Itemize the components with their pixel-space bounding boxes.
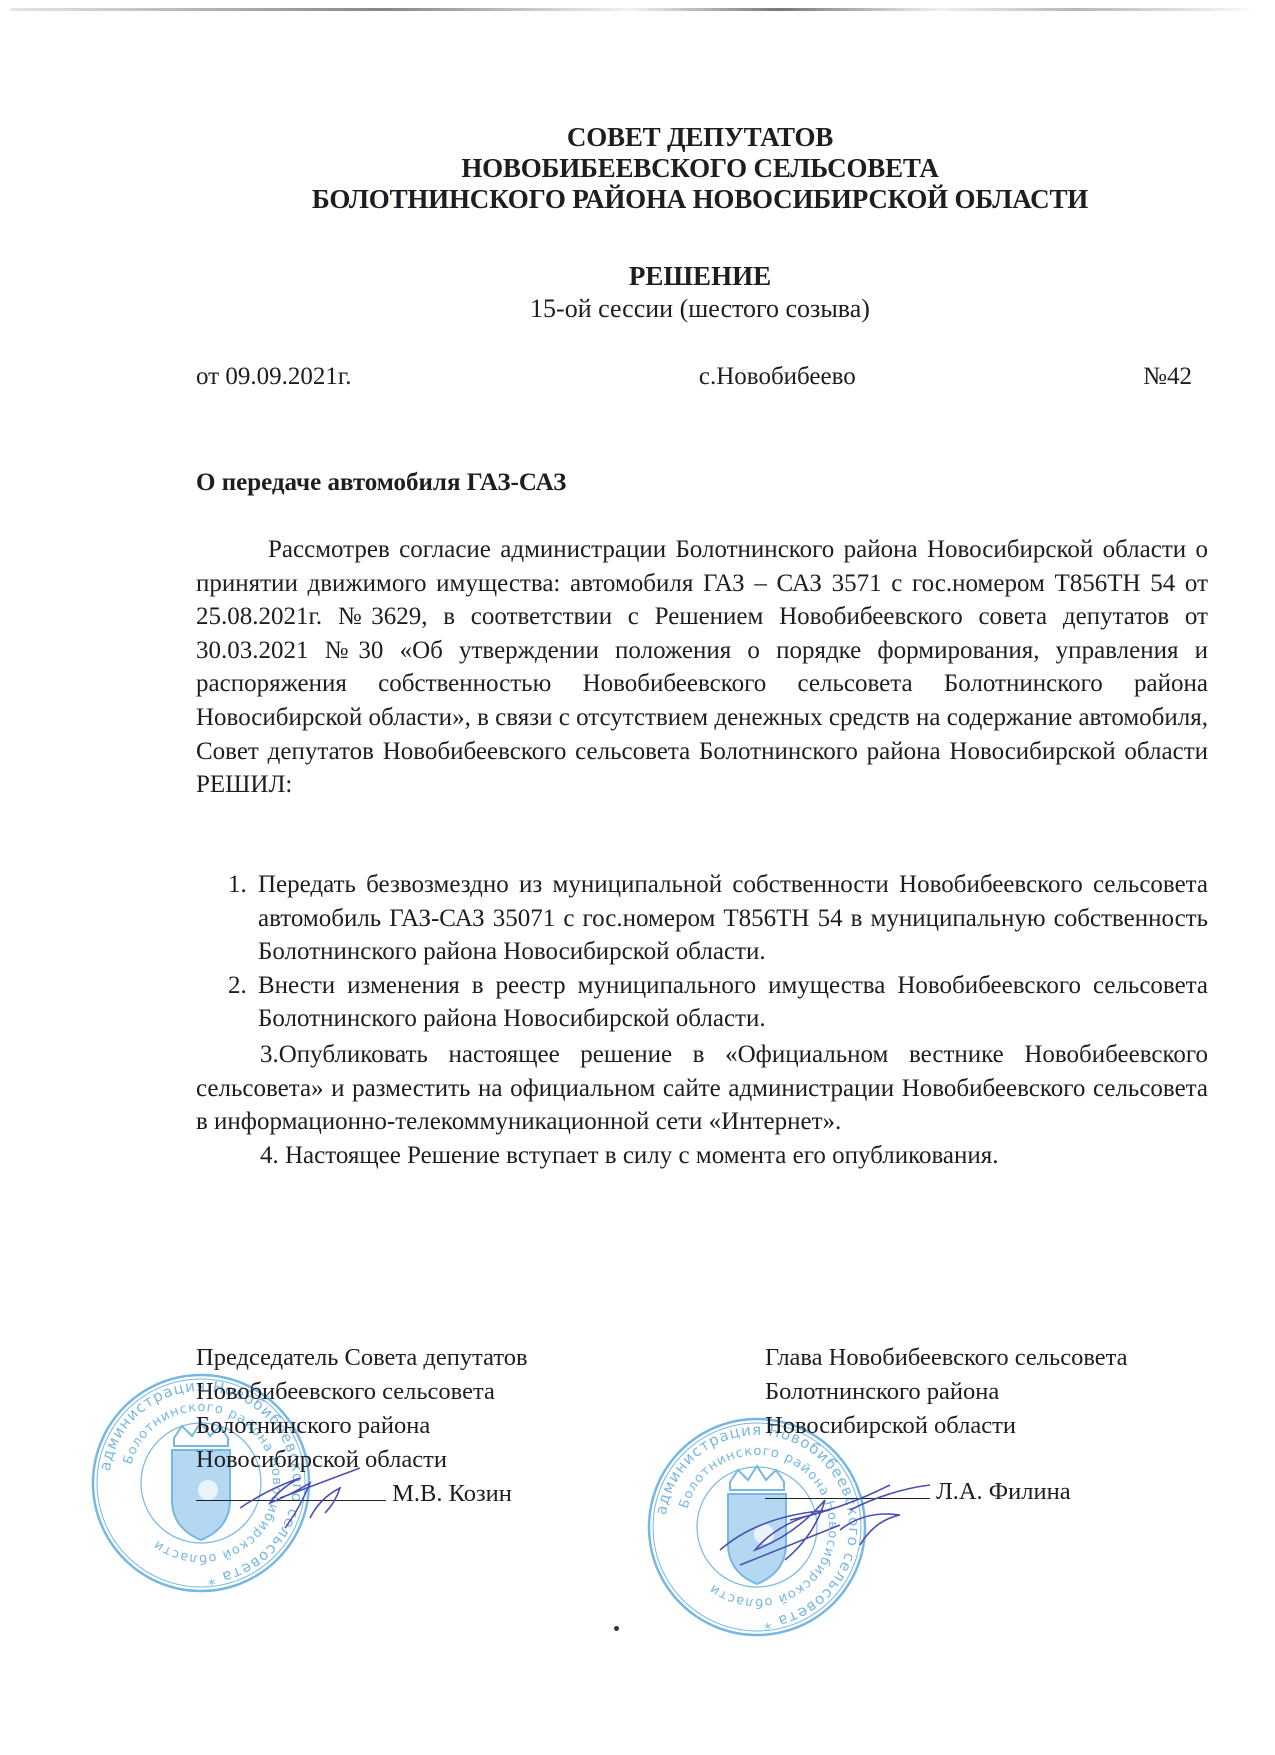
handwritten-signature-left <box>220 1448 420 1538</box>
decision-item-3: 3.Опубликовать настоящее решение в «Офиц… <box>196 1038 1208 1139</box>
signer-title-line: Болотнинского района <box>765 1375 1128 1409</box>
item-number: 3. <box>260 1041 279 1068</box>
signer-title-line: Новосибирской области <box>765 1409 1128 1443</box>
item-text: Опубликовать настоящее решение в «Официа… <box>196 1041 1208 1135</box>
header-line-region: БОЛОТНИНСКОГО РАЙОНА НОВОСИБИРСКОЙ ОБЛАС… <box>180 184 1220 215</box>
signer-title-line: Глава Новобибеевского сельсовета <box>765 1341 1128 1375</box>
item-number: 1. <box>228 868 258 969</box>
item-text: Передать безвозмездно из муниципальной с… <box>258 868 1208 969</box>
ink-dot <box>614 1626 619 1631</box>
decision-item-1: 1. Передать безвозмездно из муниципально… <box>196 868 1208 969</box>
item-number: 2. <box>228 969 258 1036</box>
item-number: 4. <box>260 1142 279 1169</box>
document-header: СОВЕТ ДЕПУТАТОВ НОВОБИБЕЕВСКОГО СЕЛЬСОВЕ… <box>180 122 1220 215</box>
signer-title-line: Болотнинского района <box>196 1409 528 1443</box>
document-number: №42 <box>1143 363 1192 391</box>
header-line-selsovet: НОВОБИБЕЕВСКОГО СЕЛЬСОВЕТА <box>180 153 1220 184</box>
decision-items: 1. Передать безвозмездно из муниципально… <box>196 868 1208 1172</box>
scan-edge-artifact <box>10 8 1250 11</box>
document-meta: от 09.09.2021г. с.Новобибеево №42 <box>196 363 1192 391</box>
header-line-council: СОВЕТ ДЕПУТАТОВ <box>180 122 1220 153</box>
preamble-paragraph: Рассмотрев согласие администрации Болотн… <box>196 533 1208 802</box>
document-subject: О передаче автомобиля ГАЗ-САЗ <box>196 469 566 497</box>
signer-title-line: Председатель Совета депутатов <box>196 1341 528 1375</box>
decision-item-4: 4. Настоящее Решение вступает в силу с м… <box>196 1139 1208 1173</box>
item-text: Внести изменения в реестр муниципального… <box>258 969 1208 1036</box>
document-date: от 09.09.2021г. <box>196 363 352 391</box>
document-place: с.Новобибеево <box>699 363 856 391</box>
document-type: РЕШЕНИЕ <box>180 261 1220 292</box>
signer-title-line: Новобибеевского сельсовета <box>196 1375 528 1409</box>
handwritten-signature-right <box>700 1470 980 1580</box>
decision-item-2: 2. Внести изменения в реестр муниципальн… <box>196 969 1208 1036</box>
session-label: 15-ой сессии (шестого созыва) <box>180 294 1220 324</box>
item-text: Настоящее Решение вступает в силу с моме… <box>279 1142 999 1169</box>
